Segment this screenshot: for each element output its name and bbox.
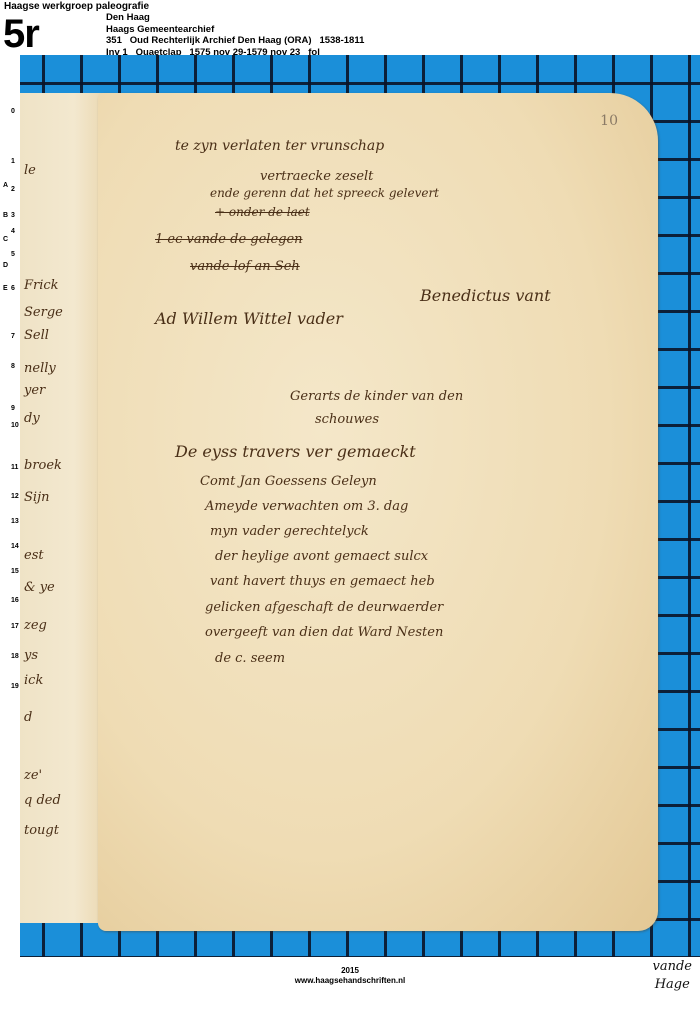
ruler-line-letter: E [3, 285, 8, 292]
handwritten-line: de c. seem [215, 651, 285, 666]
ruler-line-letter: A [3, 182, 8, 189]
handwritten-line: Ad Willem Wittel vader [155, 309, 343, 328]
handwritten-line: myn vader gerechtelyck [210, 524, 369, 539]
ruler-line-number: 14 [11, 543, 19, 550]
left-page-fragment: est [24, 548, 44, 563]
left-page-fragment: Frick [24, 278, 59, 293]
left-page-fragment: broek [24, 458, 62, 473]
ruler-line-number: 11 [11, 464, 18, 471]
ruler-line-number: 6 [11, 285, 15, 292]
handwritten-line: overgeeft van dien dat Ward Nesten [205, 625, 443, 640]
ruler-line-number: 16 [11, 597, 19, 604]
footer: 2015 www.haagsehandschriften.nl [0, 966, 700, 986]
left-page-fragment: Sijn [24, 490, 49, 505]
left-page: leFrickSergeSellnellyyerdybroekSijnest& … [20, 93, 110, 923]
handwritten-line: der heylige avont gemaect sulcx [215, 549, 428, 564]
handwritten-line: gelicken afgeschaft de deurwaerder [205, 600, 443, 615]
handwritten-line: vant havert thuys en gemaect heb [210, 574, 435, 589]
footer-year: 2015 [0, 966, 700, 976]
ruler-line-number: 1 [11, 158, 15, 165]
handwritten-line: te zyn verlaten ter vrunschap [175, 138, 384, 154]
handwritten-line: ende gerenn dat het spreeck gelevert [210, 186, 439, 200]
left-page-fragment: tougt [24, 823, 59, 838]
left-page-fragment: Serge [24, 305, 63, 320]
meta-collection: 351 Oud Rechterlijk Archief Den Haag (OR… [106, 35, 364, 47]
ruler-line-number: 5 [11, 251, 15, 258]
pencil-page-number: 10 [600, 113, 618, 129]
left-page-fragment: & ye [24, 580, 55, 595]
handwritten-line: De eyss travers ver gemaeckt [175, 442, 416, 461]
ruler-line-number: 7 [11, 333, 15, 340]
signature-logo: vande Hage [653, 958, 692, 994]
handwritten-line: schouwes [315, 412, 379, 427]
left-page-fragment: nelly [24, 361, 56, 376]
header-group-name: Haagse werkgroep paleografie [4, 1, 149, 12]
ruler-line-number: 4 [11, 228, 15, 235]
signature-line-2: Hage [653, 976, 692, 994]
ruler-line-number: 10 [11, 422, 19, 429]
manuscript-scan: leFrickSergeSellnellyyerdybroekSijnest& … [20, 55, 700, 957]
left-page-fragment: ys [24, 648, 38, 663]
ruler-line-number: 17 [11, 623, 19, 630]
left-page-fragment: dy [24, 411, 40, 426]
left-page-fragment: zeg [24, 618, 47, 633]
left-page-fragment: Sell [24, 328, 49, 343]
ruler-line-letter: D [3, 262, 8, 269]
left-page-fragment: le [24, 163, 36, 178]
ruler-line-number: 13 [11, 518, 19, 525]
handwritten-line: Gerarts de kinder van den [290, 389, 463, 404]
handwritten-line: vande lof an Seh [190, 259, 300, 274]
left-page-fragment: d [24, 710, 32, 725]
line-ruler: 012345678910111213141516171819ABCDE [0, 0, 20, 1009]
ruler-line-number: 18 [11, 653, 19, 660]
left-page-fragment: ick [24, 673, 43, 688]
handwritten-line: + onder de laet [215, 205, 310, 219]
handwritten-line: Comt Jan Goessens Geleyn [200, 474, 377, 489]
ruler-line-number: 3 [11, 212, 15, 219]
ruler-line-number: 19 [11, 683, 19, 690]
ruler-line-number: 8 [11, 363, 15, 370]
footer-website[interactable]: www.haagsehandschriften.nl [0, 976, 700, 986]
left-page-fragment: ze' [24, 768, 42, 783]
handwritten-line: 1 ec vande de gelegen [155, 232, 303, 247]
ruler-line-letter: B [3, 212, 8, 219]
meta-city: Den Haag [106, 12, 364, 24]
ruler-line-number: 9 [11, 405, 15, 412]
handwritten-line: vertraecke zeselt [260, 169, 373, 184]
left-page-fragment: yer [24, 383, 45, 398]
right-page: 10 te zyn verlaten ter vrunschapvertraec… [98, 93, 658, 931]
ruler-line-letter: C [3, 236, 8, 243]
archive-metadata: Den Haag Haags Gemeentearchief 351 Oud R… [106, 12, 364, 58]
signature-line-1: vande [653, 958, 692, 976]
handwritten-line: Ameyde verwachten om 3. dag [205, 499, 408, 514]
ruler-line-number: 0 [11, 108, 15, 115]
handwritten-line: Benedictus vant [420, 286, 551, 305]
meta-archive: Haags Gemeentearchief [106, 24, 364, 36]
ruler-line-number: 2 [11, 186, 15, 193]
ruler-line-number: 12 [11, 493, 19, 500]
left-page-fragment: q ded [24, 793, 61, 808]
ruler-line-number: 15 [11, 568, 19, 575]
